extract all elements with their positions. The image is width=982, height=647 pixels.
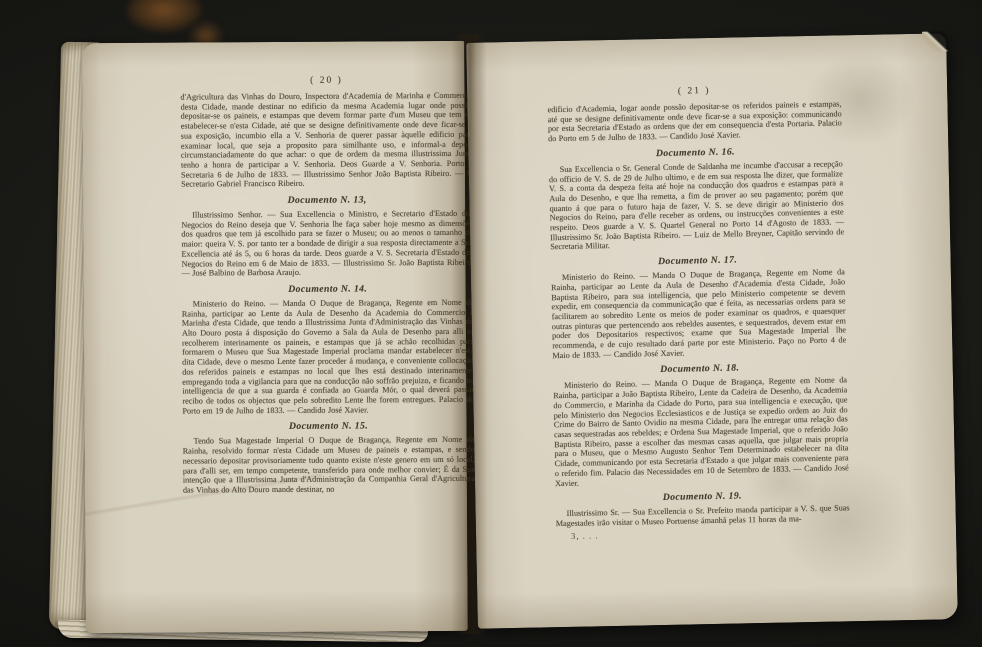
page-number: ( 20 ) xyxy=(180,75,472,87)
page-content: ( 20 ) d'Agricultura das Vinhas do Douro… xyxy=(180,75,475,497)
document-paragraph: Sua Excellencia o Sr. General Conde de S… xyxy=(549,159,845,252)
document-heading: Documento N. 18. xyxy=(553,361,847,378)
document-heading: Documento N. 16. xyxy=(548,144,842,161)
document-paragraph: d'Agricultura das Vinhas do Douro, Inspe… xyxy=(181,91,474,190)
page-number: ( 21 ) xyxy=(547,83,841,99)
page-text-blocks: edificio d'Academia, logar aonde possão … xyxy=(547,99,849,528)
document-heading: Documento N. 17. xyxy=(551,252,845,269)
book-page-right: ( 21 ) edificio d'Academia, logar aonde … xyxy=(466,33,958,629)
document-heading: Documento N. 15. xyxy=(183,420,475,433)
page-content: ( 21 ) edificio d'Academia, logar aonde … xyxy=(547,83,850,540)
document-paragraph: Tendo Sua Magestade Imperial O Duque de … xyxy=(183,435,475,495)
document-paragraph: Ministerio do Reino. — Manda O Duque de … xyxy=(551,267,847,360)
document-paragraph: Illustrissimo Senhor. — Sua Excellencia … xyxy=(181,209,473,279)
document-heading: Documento N. 14. xyxy=(182,283,474,296)
photo-background: ( 20 ) d'Agricultura das Vinhas do Douro… xyxy=(0,0,982,647)
book-page-left: ( 20 ) d'Agricultura das Vinhas do Douro… xyxy=(82,41,468,633)
document-paragraph: Ministerio do Reino. — Manda O Duque de … xyxy=(553,376,849,489)
document-heading: Documento N. 19. xyxy=(555,488,849,505)
document-heading: Documento N. 13, xyxy=(181,194,473,207)
document-paragraph: edificio d'Academia, logar aonde possão … xyxy=(547,99,842,144)
page-text-blocks: d'Agricultura das Vinhas do Douro, Inspe… xyxy=(181,91,475,495)
document-paragraph: Ministerio do Reino. — Manda O Duque de … xyxy=(182,298,475,416)
